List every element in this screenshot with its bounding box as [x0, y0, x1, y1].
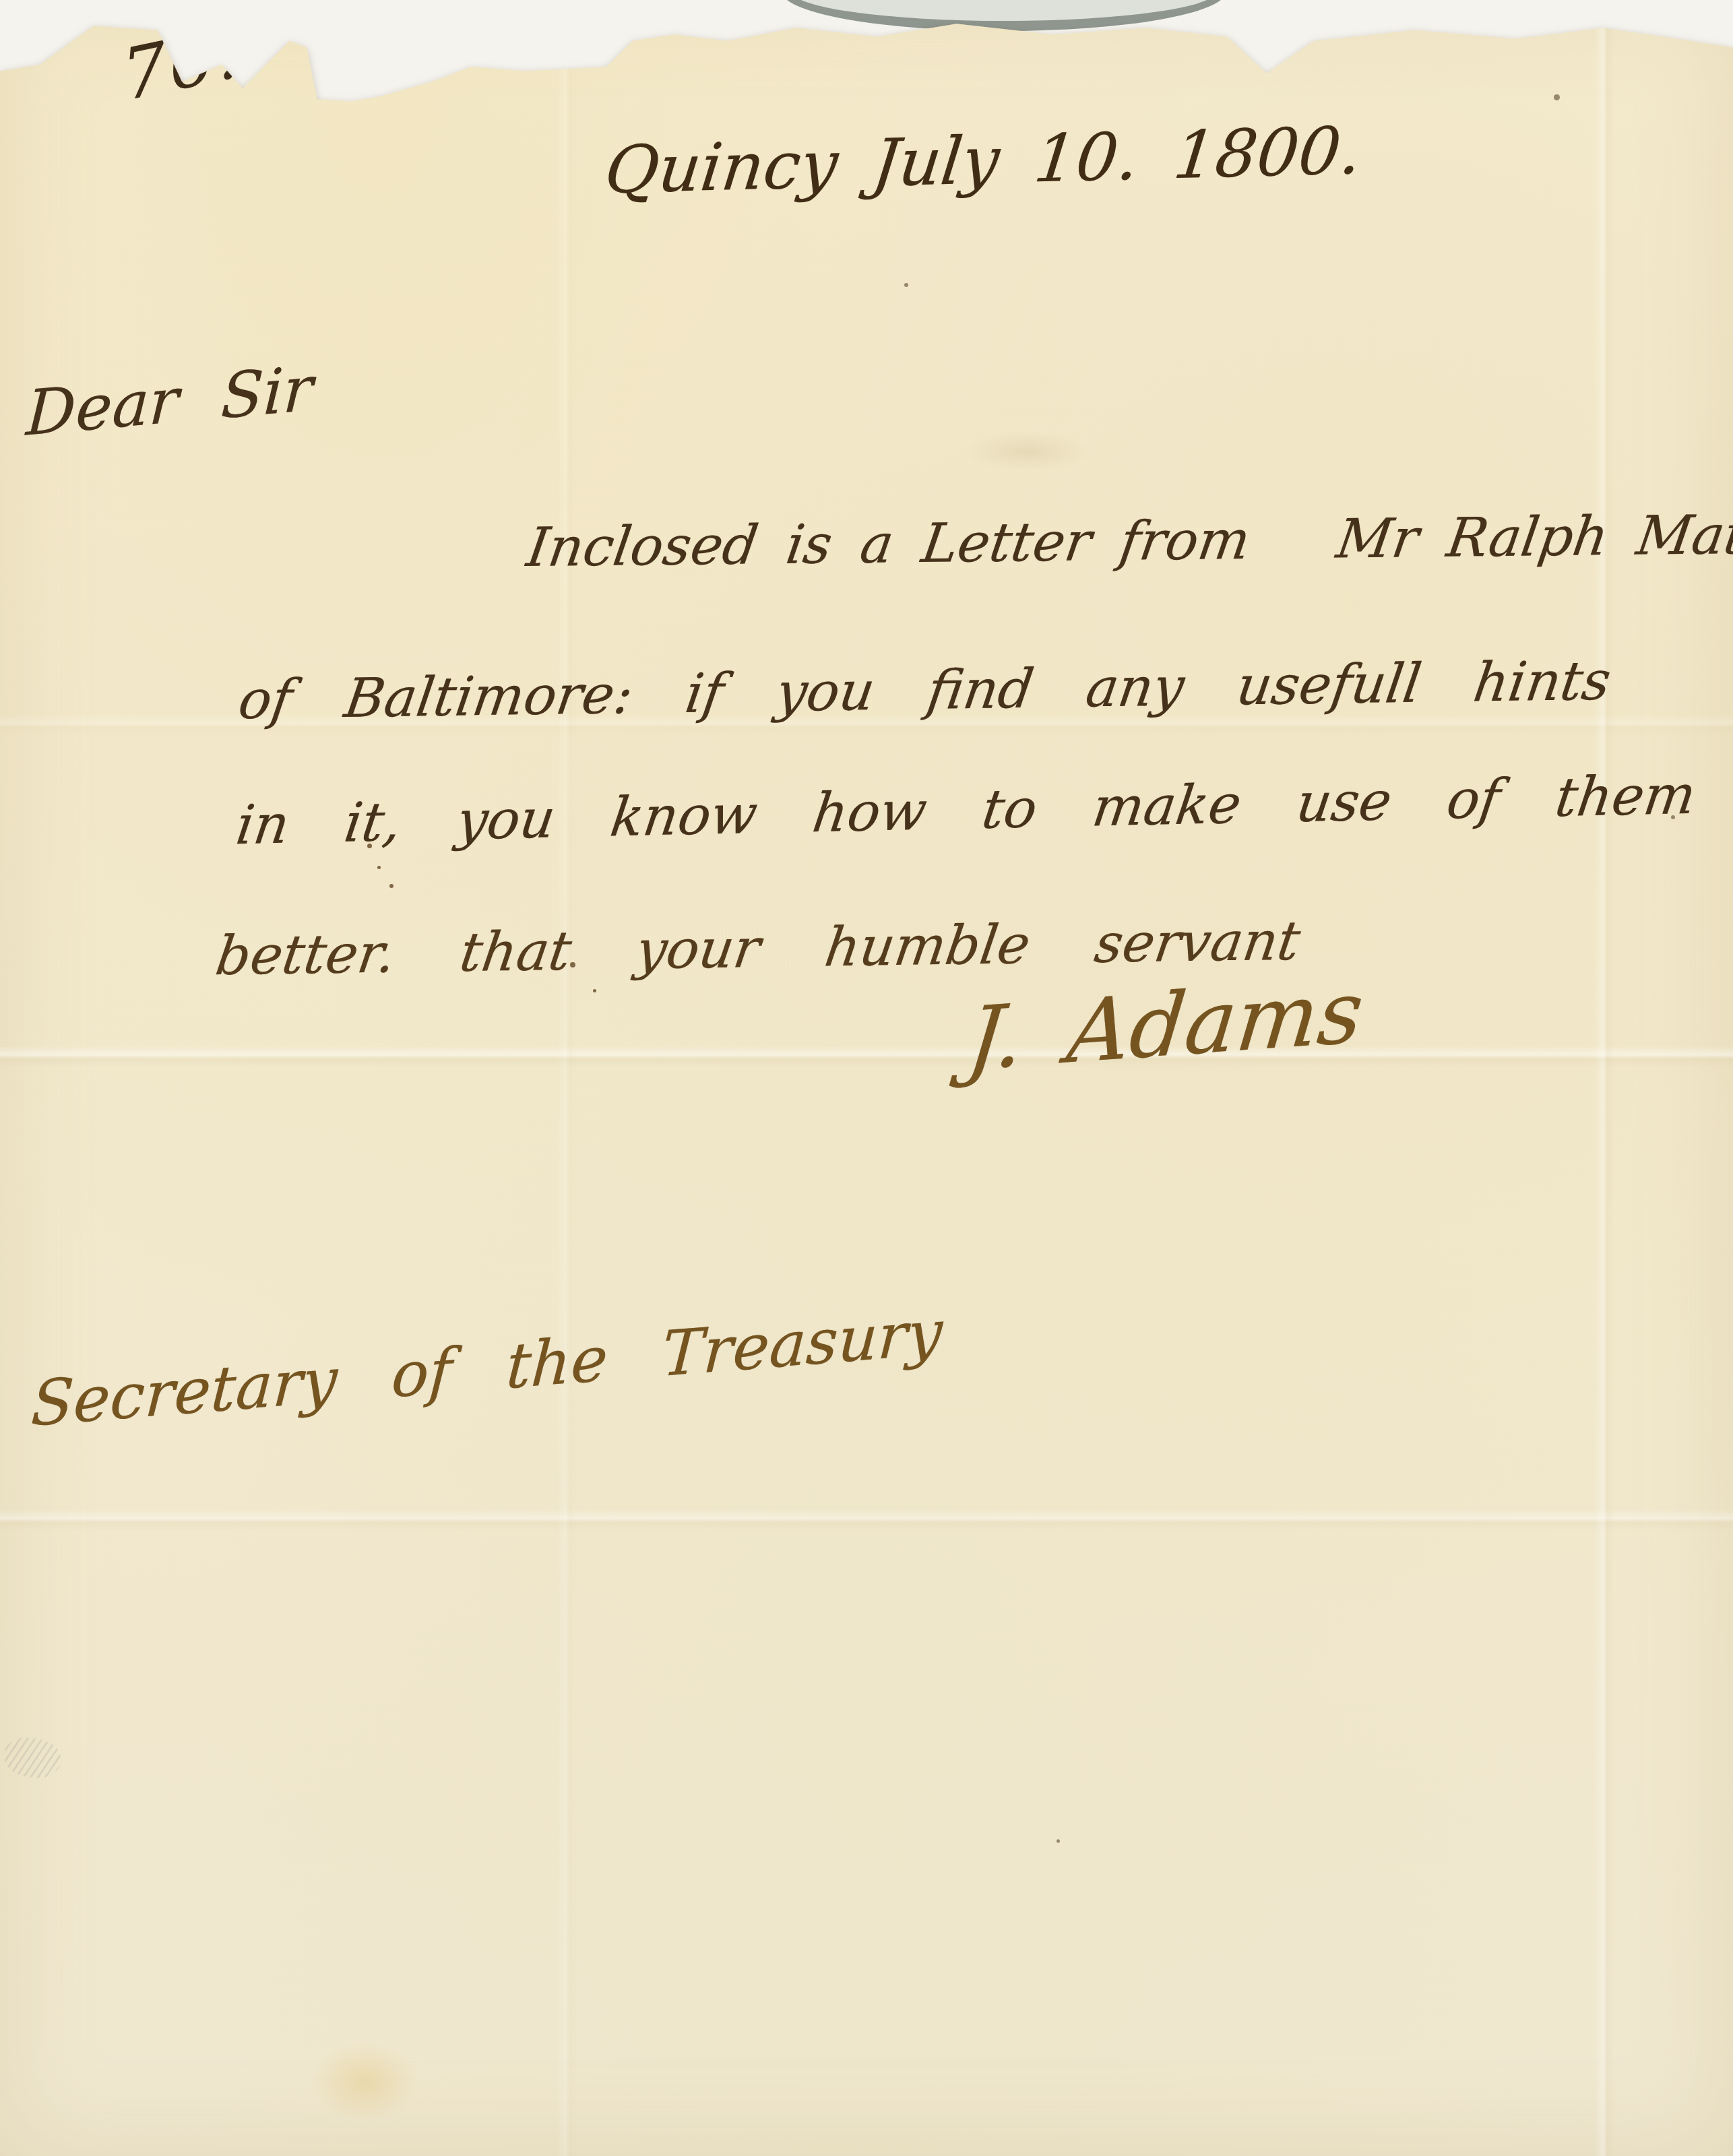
fold-crease-vertical	[557, 0, 577, 2156]
ink-spatter-dot	[465, 942, 469, 946]
foxing-speck	[1057, 1839, 1060, 1843]
ink-showthrough-smudge	[964, 431, 1092, 472]
body-line-4: better. that your humble servant	[212, 910, 1304, 988]
ink-spatter-dot	[570, 962, 575, 968]
body-line-1: Inclosed is a Letter from Mr Ralph Mathe…	[523, 503, 1733, 579]
foxing-speck	[1671, 815, 1675, 819]
letter-paper: 76. Quincy July 10. 1800. Dear Sir Inclo…	[0, 0, 1733, 2156]
archival-number: 76.	[119, 10, 244, 117]
pencil-scuff-mark	[1, 1734, 63, 1781]
fold-crease-horizontal	[0, 1509, 1733, 1531]
ink-spatter-dot	[377, 866, 381, 869]
stain-mark	[311, 2041, 419, 2122]
dateline-text: Quincy July 10. 1800.	[601, 113, 1366, 209]
ink-spatter-dot	[593, 989, 596, 992]
letter-paper-wrap: 76. Quincy July 10. 1800. Dear Sir Inclo…	[0, 0, 1733, 2156]
ink-spatter-dot	[367, 844, 372, 848]
ink-spatter-dot	[389, 884, 393, 888]
scan-background: { "page": { "background_color": "#f5f3ee…	[0, 0, 1733, 2156]
body-line-3: in it, you know how to make use of them	[232, 763, 1699, 857]
foxing-speck	[1554, 94, 1560, 100]
salutation-text: Dear Sir	[24, 352, 315, 450]
foxing-speck	[904, 283, 908, 287]
fold-crease-vertical	[1594, 0, 1614, 2156]
signature-text: J. Adams	[963, 961, 1368, 1090]
address-line-text: Secretary of the Treasury	[29, 1296, 945, 1440]
fold-crease-horizontal	[0, 1046, 1733, 1067]
